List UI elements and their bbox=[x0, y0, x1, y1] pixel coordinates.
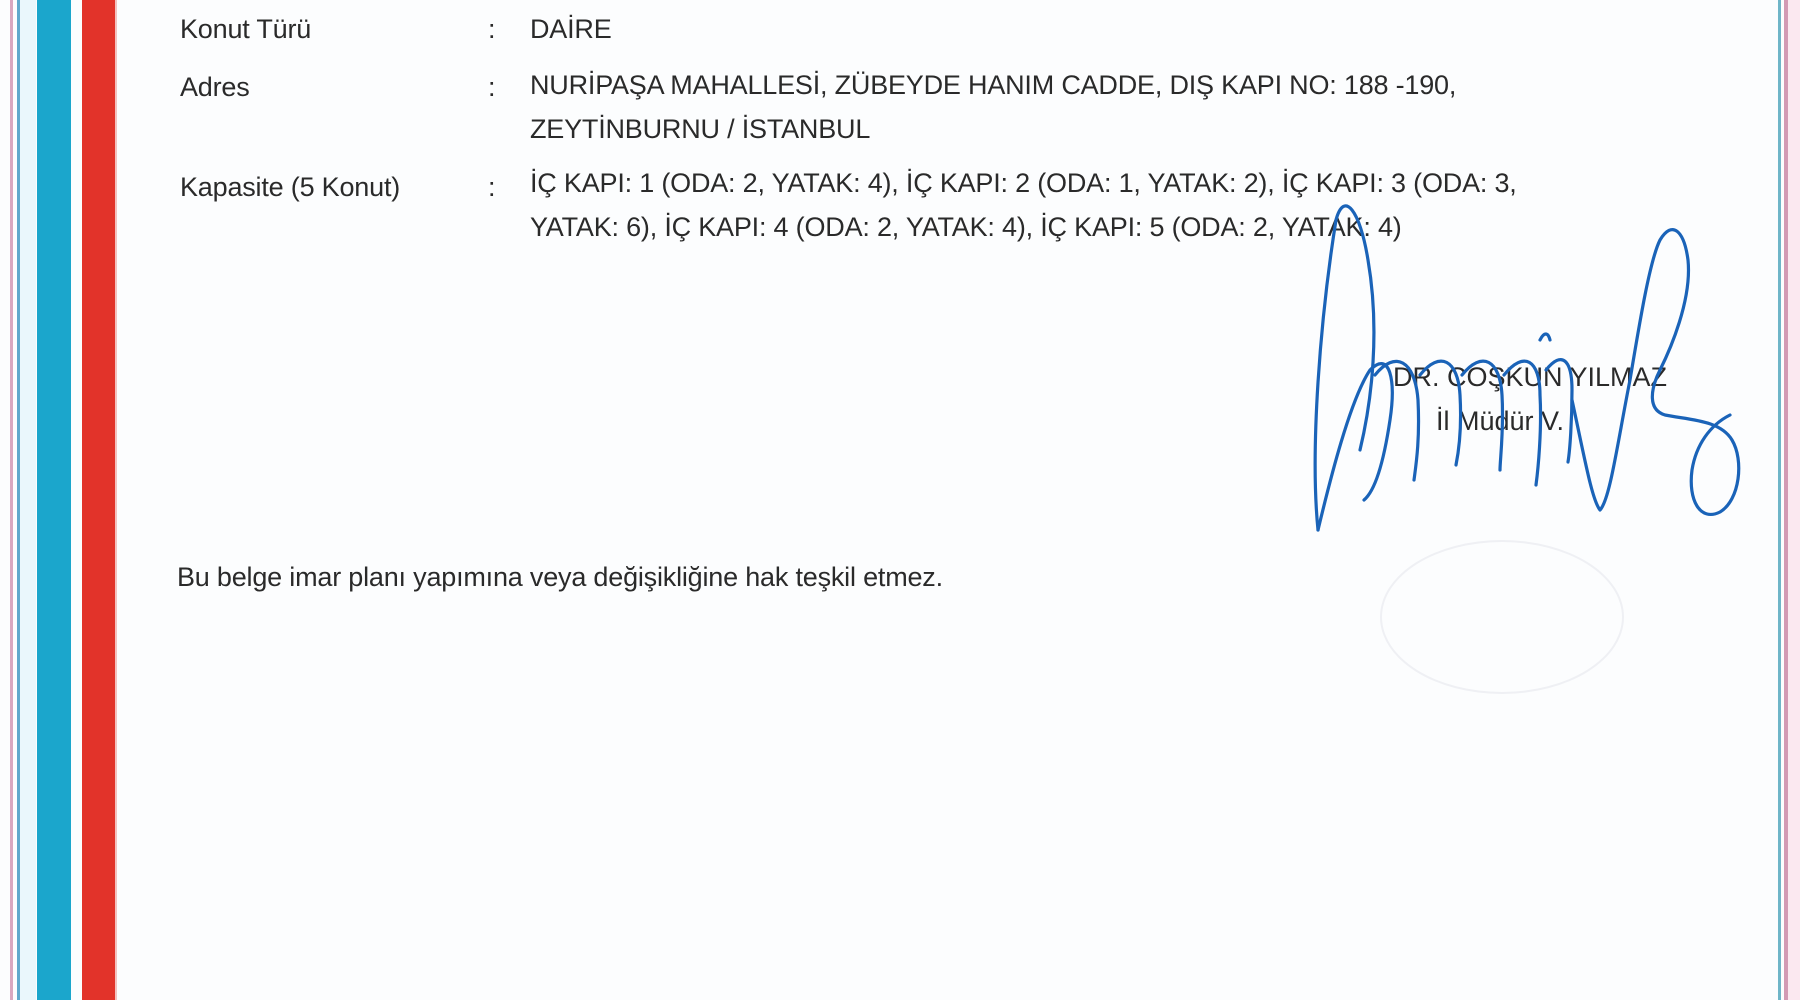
faint-stamp bbox=[1380, 540, 1624, 694]
field-label-housing-type: Konut Türü bbox=[180, 7, 311, 51]
border-stripe-red-edge bbox=[115, 0, 117, 1000]
border-stripe-light bbox=[20, 0, 36, 1000]
border-stripe-blue bbox=[37, 0, 71, 1000]
legal-notice: Bu belge imar planı yapımına veya değişi… bbox=[177, 562, 943, 593]
field-label-capacity: Kapasite (5 Konut) bbox=[180, 165, 400, 209]
field-value-housing-type: DAİRE bbox=[530, 7, 1680, 51]
value-line: İÇ KAPI: 1 (ODA: 2, YATAK: 4), İÇ KAPI: … bbox=[530, 161, 1680, 205]
field-separator: : bbox=[488, 7, 495, 51]
border-stripe-red bbox=[82, 0, 115, 1000]
field-value-address: NURİPAŞA MAHALLESİ, ZÜBEYDE HANIM CADDE,… bbox=[530, 63, 1680, 151]
border-stripe-pink bbox=[10, 0, 13, 1000]
field-label-address: Adres bbox=[180, 65, 250, 109]
field-separator: : bbox=[488, 165, 495, 209]
signatory-name: DR. COŞKUN YILMAZ bbox=[1350, 355, 1710, 399]
right-border-tint bbox=[1788, 0, 1800, 1000]
signatory-block: DR. COŞKUN YILMAZ İl Müdür V. bbox=[1320, 355, 1680, 443]
value-line: YATAK: 6), İÇ KAPI: 4 (ODA: 2, YATAK: 4)… bbox=[530, 205, 1680, 249]
field-separator: : bbox=[488, 65, 495, 109]
value-line: NURİPAŞA MAHALLESİ, ZÜBEYDE HANIM CADDE,… bbox=[530, 63, 1680, 107]
value-line: ZEYTİNBURNU / İSTANBUL bbox=[530, 107, 1680, 151]
signatory-title: İl Müdür V. bbox=[1320, 399, 1680, 443]
document-page: Konut Türü : DAİRE Adres : NURİPAŞA MAHA… bbox=[0, 0, 1800, 1000]
right-border-blue bbox=[1778, 0, 1781, 1000]
field-value-capacity: İÇ KAPI: 1 (ODA: 2, YATAK: 4), İÇ KAPI: … bbox=[530, 161, 1680, 249]
value-line: DAİRE bbox=[530, 7, 1680, 51]
